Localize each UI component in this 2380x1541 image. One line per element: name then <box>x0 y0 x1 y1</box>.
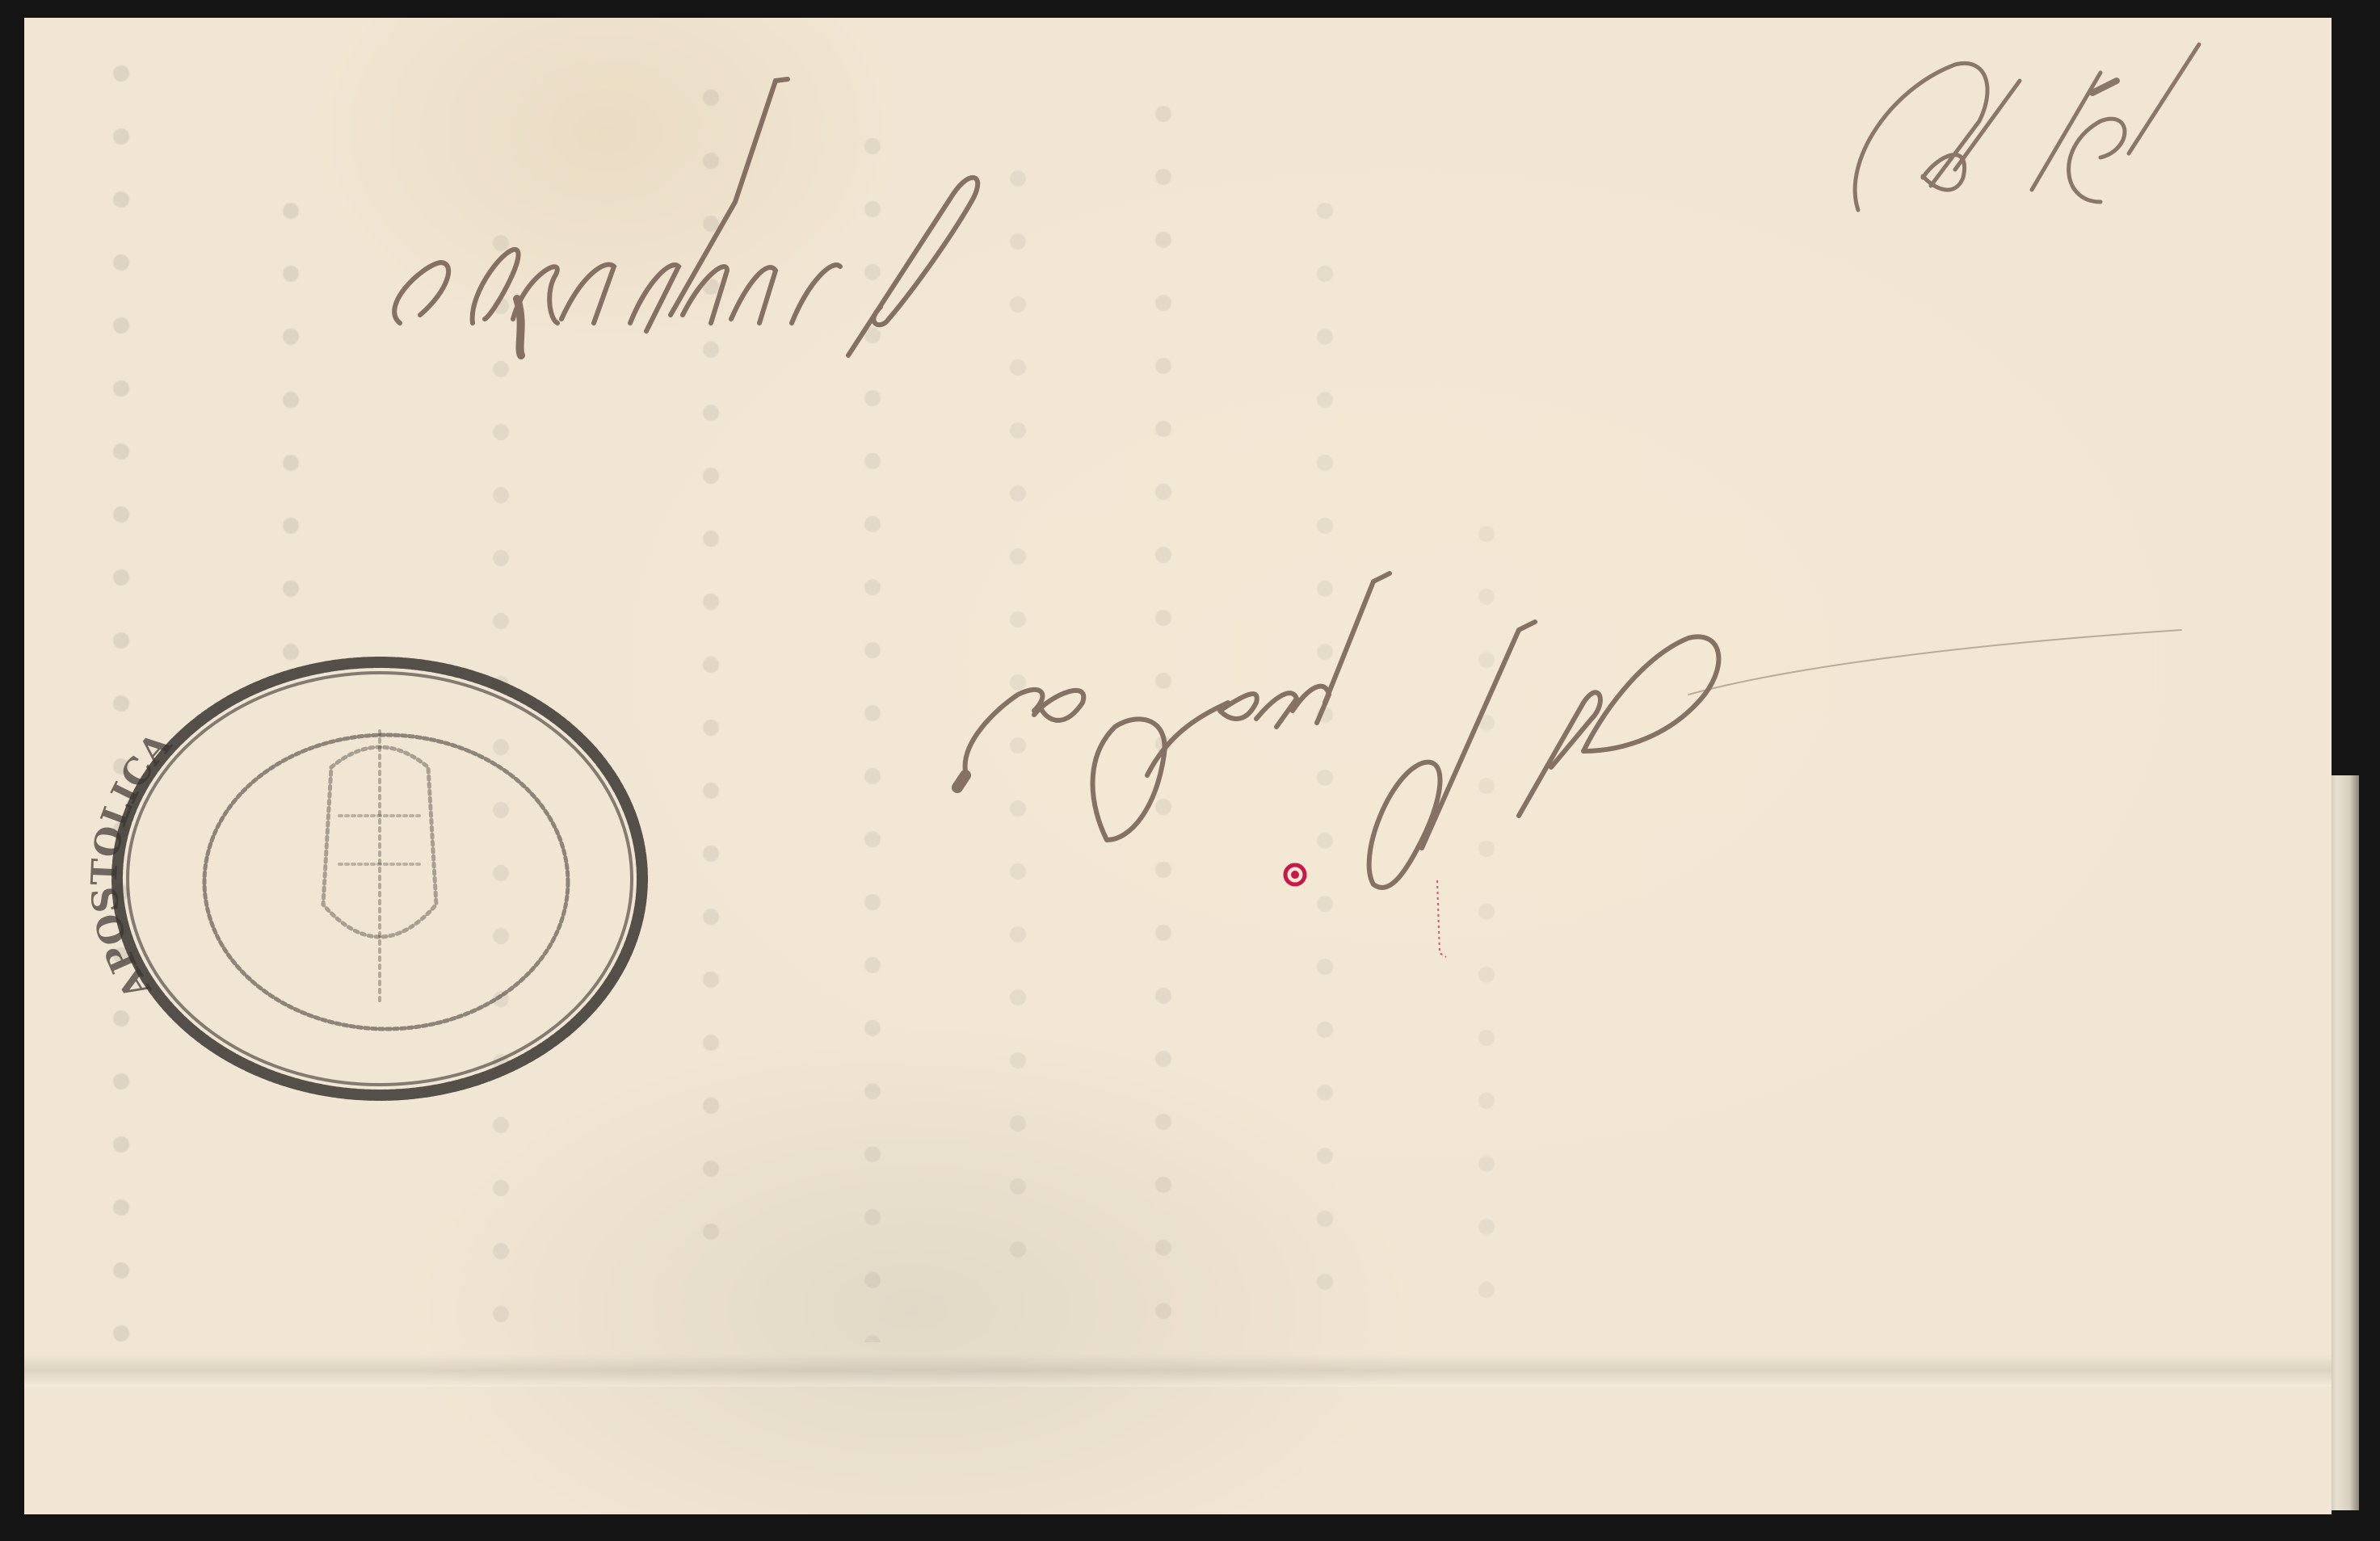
address-line-orihuela <box>394 79 978 355</box>
corner-mark-handwriting <box>1855 44 2199 210</box>
ink-layer: APOSTOLICA <box>0 0 2380 1541</box>
seal-handstamp: APOSTOLICA <box>84 661 642 1095</box>
seal-legend: APOSTOLICA <box>84 724 180 1007</box>
address-line-sr-vicario <box>957 573 2181 888</box>
red-mark <box>1285 865 1446 957</box>
